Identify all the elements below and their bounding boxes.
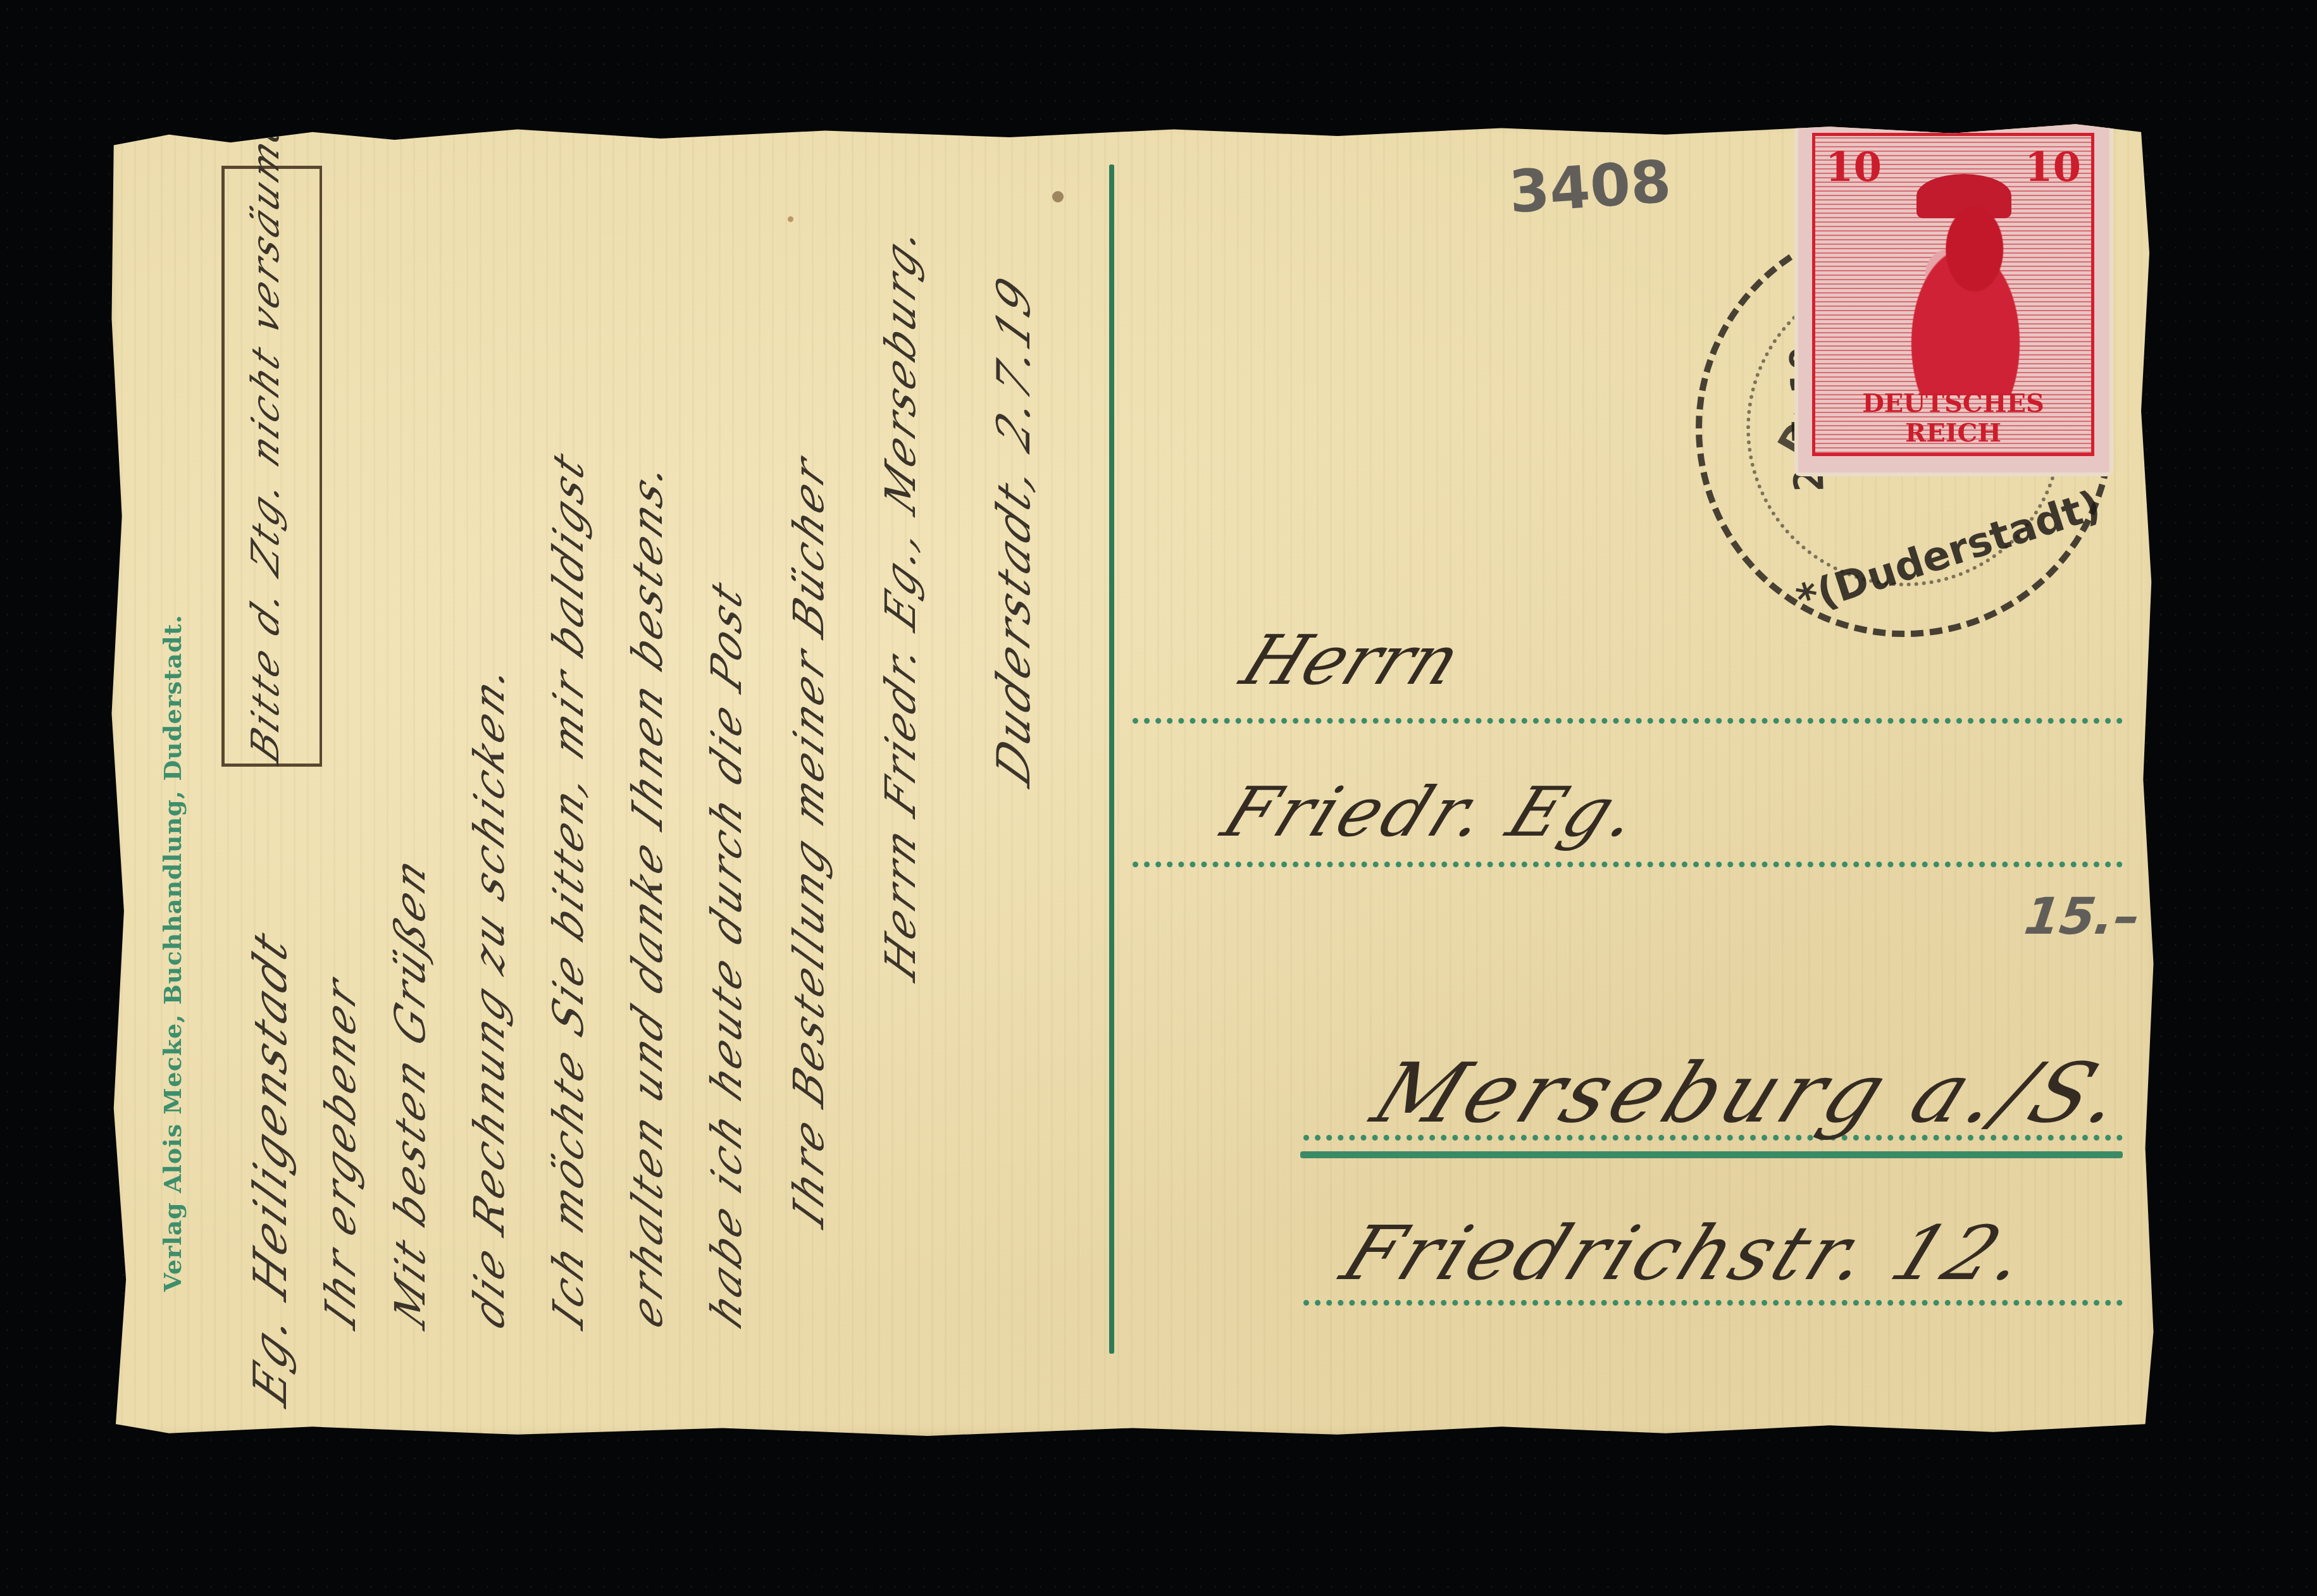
- message-line: Herrn Friedr. Eg., Merseburg.: [876, 212, 925, 989]
- message-line: erhalten und danke Ihnen bestens.: [623, 447, 672, 1337]
- postcard: Verlag Alois Mecke, Buchhandlung, Duders…: [108, 121, 2158, 1437]
- publisher-imprint: Verlag Alois Mecke, Buchhandlung, Duders…: [158, 614, 187, 1292]
- message-line: die Rechnung zu schicken.: [465, 650, 514, 1337]
- boxed-note: Bitte d. Ztg. nicht versäumen!: [244, 54, 288, 771]
- message-line: habe ich heute durch die Post: [702, 569, 751, 1337]
- stamp-value-right: 10: [2025, 144, 2081, 191]
- address-street: Friedrichstr. 12.: [1330, 1209, 2044, 1297]
- address-name: Friedr. Eg.: [1212, 773, 1655, 852]
- address-salutation: Herrn: [1231, 621, 1472, 700]
- message-line: Ihre Bestellung meiner Bücher: [785, 444, 833, 1235]
- message-place-date: Duderstadt, 2.7.19: [987, 264, 1040, 795]
- address-line-2: [1133, 862, 2123, 867]
- message-line: Mit besten Grüßen: [386, 846, 435, 1337]
- stamp-value-left: 10: [1825, 144, 1882, 191]
- address-line-3-solid: [1300, 1151, 2123, 1158]
- stain-spot: [1052, 191, 1064, 202]
- inventory-number: 3408: [1507, 147, 1674, 226]
- stain-spot: [788, 216, 793, 222]
- stamp-country: DEUTSCHES REICH: [1815, 388, 2091, 448]
- address-city: Merseburg a./S.: [1360, 1045, 2144, 1141]
- message-signature: Eg. Heiligenstadt: [244, 919, 297, 1414]
- message-line: Ich möchte Sie bitten, mir baldigst: [544, 440, 593, 1337]
- address-line-4: [1303, 1300, 2123, 1306]
- germania-portrait-icon: [1875, 187, 2056, 395]
- postage-stamp: 10 10 DEUTSCHES REICH: [1798, 121, 2109, 473]
- stamp-frame: 10 10 DEUTSCHES REICH: [1812, 133, 2094, 456]
- address-line-1: [1133, 718, 2123, 724]
- price-mark: 15.–: [2015, 887, 2149, 946]
- message-line: Ihr ergebener: [316, 966, 365, 1337]
- divider-line: [1109, 164, 1114, 1354]
